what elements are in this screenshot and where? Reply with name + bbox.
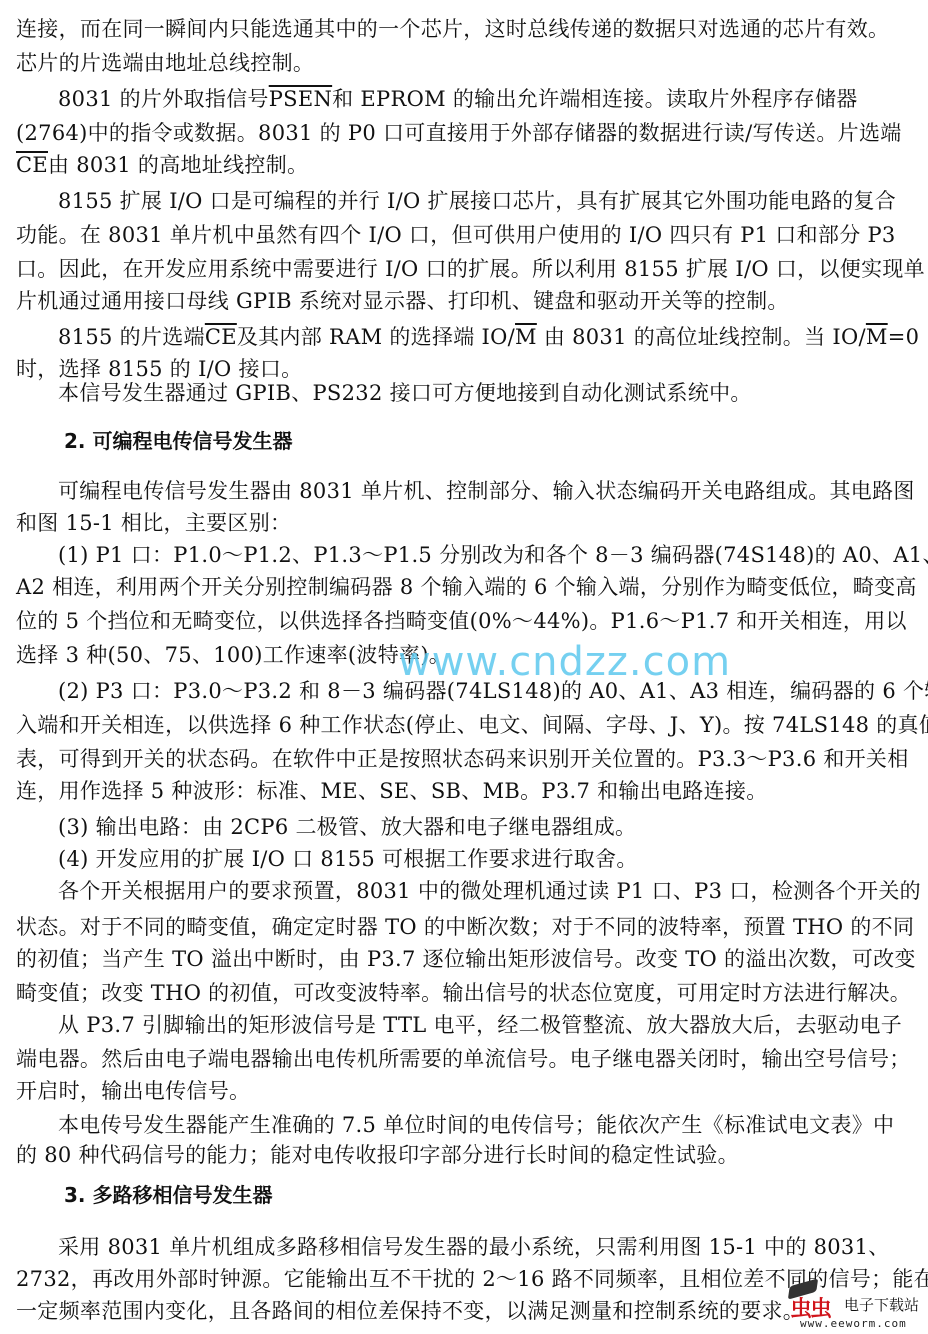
signal-m-overline: M <box>515 325 537 349</box>
signal-ce-overline: CE <box>16 153 48 177</box>
text-line: 选择 3 种(50、75、100)工作速率(波特率)。 <box>16 640 912 670</box>
text-line: 本信号发生器通过 GPIB、PS232 接口可方便地接到自动化测试系统中。 <box>58 378 928 408</box>
text-fragment: =0 <box>888 325 920 349</box>
text-line: 功能。在 8031 单片机中虽然有四个 I/O 口，但可供用户使用的 I/O 四… <box>16 220 912 250</box>
text-line: 端电器。然后由电子端电器输出电传机所需要的单流信号。电子继电器关闭时，输出空号信… <box>16 1044 912 1074</box>
eeworm-watermark: 虫虫 电子下载站 www.eeworm.com <box>790 1290 928 1334</box>
text-fragment: 及其内部 RAM 的选择端 IO/ <box>237 325 515 349</box>
text-line: 一定频率范围内变化，且各路间的相位差保持不变，以满足测量和控制系统的要求。 <box>16 1296 912 1326</box>
text-line: 表，可得到开关的状态码。在软件中正是按照状态码来识别开关位置的。P3.3～P3.… <box>16 744 912 774</box>
text-fragment: 8031 的片外取指信号 <box>58 87 269 111</box>
text-line: 的 80 种代码信号的能力；能对电传收报印字部分进行长时间的稳定性试验。 <box>16 1140 912 1170</box>
text-line: 连，用作选择 5 种波形：标准、ME、SE、SB、MB。P3.7 和输出电路连接… <box>16 776 912 806</box>
text-line: 可编程电传信号发生器由 8031 单片机、控制部分、输入状态编码开关电路组成。其… <box>58 476 928 506</box>
document-page: 连接，而在同一瞬间内只能选通其中的一个芯片，这时总线传递的数据只对选通的芯片有效… <box>0 0 928 1334</box>
text-line: 2732，再改用外部时钟源。它能输出互不干扰的 2～16 路不同频率，且相位差不… <box>16 1264 912 1294</box>
text-fragment: 由 8031 的高地址线控制。 <box>48 153 308 177</box>
signal-m-overline: M <box>866 325 888 349</box>
text-line: (2764)中的指令或数据。8031 的 P0 口可直接用于外部存储器的数据进行… <box>16 118 912 148</box>
text-line: 位的 5 个挡位和无畸变位，以供选择各挡畸变值(0%～44%)。P1.6～P1.… <box>16 606 912 636</box>
text-line: 入端和开关相连，以供选择 6 种工作状态(停止、电文、间隔、字母、J、Y)。按 … <box>16 710 912 740</box>
section-heading-2: 2. 可编程电传信号发生器 <box>64 426 292 456</box>
text-line: 8155 的片选端CE及其内部 RAM 的选择端 IO/M 由 8031 的高位… <box>58 322 928 352</box>
text-line: 开启时，输出电传信号。 <box>16 1076 912 1106</box>
text-fragment: 由 8031 的高位址线控制。当 IO/ <box>537 325 866 349</box>
text-line: 连接，而在同一瞬间内只能选通其中的一个芯片，这时总线传递的数据只对选通的芯片有效… <box>16 14 912 44</box>
text-line: 本电传号发生器能产生准确的 7.5 单位时间的电传信号；能依次产生《标准试电文表… <box>58 1110 928 1140</box>
signal-ce-overline: CE <box>205 325 237 349</box>
text-fragment: 8155 的片选端 <box>58 325 205 349</box>
text-line: 采用 8031 单片机组成多路移相信号发生器的最小系统，只需利用图 15-1 中… <box>58 1232 928 1262</box>
text-line: A2 相连，利用两个开关分别控制编码器 8 个输入端的 6 个输入端，分别作为畸… <box>16 572 912 602</box>
text-line: 畸变值；改变 THO 的初值，可改变波特率。输出信号的状态位宽度，可用定时方法进… <box>16 978 912 1008</box>
text-line: 和图 15-1 相比，主要区别： <box>16 508 912 538</box>
text-line: (4) 开发应用的扩展 I/O 口 8155 可根据工作要求进行取舍。 <box>58 844 928 874</box>
text-line: 的初值；当产生 TO 溢出中断时，由 P3.7 逐位输出矩形波信号。改变 TO … <box>16 944 912 974</box>
text-line: (2) P3 口：P3.0～P3.2 和 8－3 编码器(74LS148)的 A… <box>58 676 928 706</box>
text-line: 各个开关根据用户的要求预置，8031 中的微处理机通过读 P1 口、P3 口，检… <box>58 876 928 906</box>
text-line: 芯片的片选端由地址总线控制。 <box>16 48 912 78</box>
eeworm-url: www.eeworm.com <box>800 1317 907 1330</box>
text-line: 状态。对于不同的畸变值，确定定时器 TO 的中断次数；对于不同的波特率，预置 T… <box>16 912 912 942</box>
eeworm-site-name: 电子下载站 <box>844 1294 919 1315</box>
text-line: 8031 的片外取指信号PSEN和 EPROM 的输出允许端相连接。读取片外程序… <box>58 84 928 114</box>
section-heading-3: 3. 多路移相信号发生器 <box>64 1180 272 1210</box>
text-line: CE由 8031 的高地址线控制。 <box>16 150 912 180</box>
text-line: (1) P1 口：P1.0～P1.2、P1.3～P1.5 分别改为和各个 8－3… <box>58 540 928 570</box>
text-line: 口。因此，在开发应用系统中需要进行 I/O 口的扩展。所以利用 8155 扩展 … <box>16 254 912 284</box>
text-fragment: 和 EPROM 的输出允许端相连接。读取片外程序存储器 <box>332 87 857 111</box>
text-line: 8155 扩展 I/O 口是可编程的并行 I/O 扩展接口芯片，具有扩展其它外围… <box>58 186 928 216</box>
text-line: 从 P3.7 引脚输出的矩形波信号是 TTL 电平，经二极管整流、放大器放大后，… <box>58 1010 928 1040</box>
text-line: (3) 输出电路：由 2CP6 二极管、放大器和电子继电器组成。 <box>58 812 928 842</box>
text-line: 片机通过通用接口母线 GPIB 系统对显示器、打印机、键盘和驱动开关等的控制。 <box>16 286 912 316</box>
signal-psen-overline: PSEN <box>269 87 332 111</box>
